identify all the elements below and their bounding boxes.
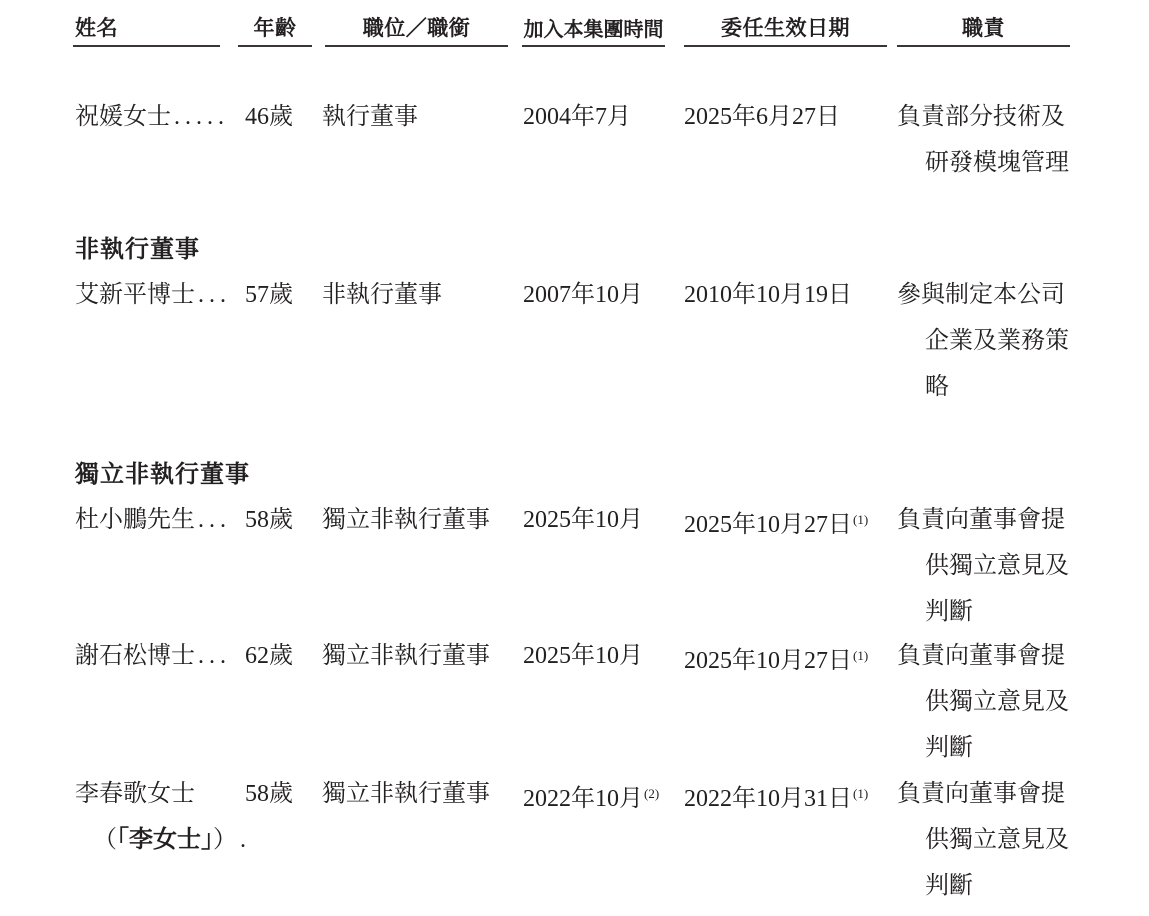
director-duties: 負責向董事會提 供獨立意見及 判斷 (897, 497, 1103, 635)
director-name-line2: （「李女士」）. (75, 817, 253, 863)
director-effective: 2010年10月19日 (684, 272, 896, 318)
director-joined: 2007年10月 (523, 272, 685, 318)
header-name: 姓名 (73, 14, 220, 47)
director-position: 執行董事 (322, 94, 514, 140)
header-age: 年齡 (238, 14, 312, 47)
dot-leader: ... (198, 282, 231, 308)
director-name: 謝石松博士... (75, 633, 253, 679)
director-age: 58歲 (245, 497, 325, 543)
director-position: 獨立非執行董事 (322, 497, 514, 543)
director-name: 祝媛女士..... (75, 94, 253, 140)
footnote-marker: (2) (644, 786, 659, 801)
header-effective: 委任生效日期 (684, 14, 887, 47)
director-name: 李春歌女士 （「李女士」）. (75, 771, 253, 863)
dot-leader: . (240, 827, 251, 853)
director-effective: 2022年10月31日(1) (684, 771, 896, 822)
director-effective: 2025年10月27日(1) (684, 497, 896, 548)
director-joined: 2025年10月 (523, 633, 685, 679)
director-duties: 負責部分技術及 研發模塊管理 (897, 94, 1103, 186)
header-duties: 職責 (897, 14, 1070, 47)
header-joined: 加入本集團時間 (522, 14, 665, 47)
table-header-row: 姓名 年齡 職位／職銜 加入本集團時間 委任生效日期 職責 (0, 14, 1149, 49)
director-name: 艾新平博士... (75, 272, 253, 318)
defined-term-bold: 「李女士」 (117, 827, 213, 853)
directors-table-page: 姓名 年齡 職位／職銜 加入本集團時間 委任生效日期 職責 祝媛女士..... … (0, 0, 1149, 916)
director-position: 獨立非執行董事 (322, 633, 514, 679)
header-position: 職位／職銜 (325, 14, 508, 47)
director-age: 58歲 (245, 771, 325, 817)
footnote-marker: (1) (853, 512, 868, 527)
director-age: 62歲 (245, 633, 325, 679)
dot-leader: ... (198, 643, 231, 669)
director-name-line1: 李春歌女士 (75, 771, 253, 817)
director-name: 杜小鵬先生... (75, 497, 253, 543)
director-age: 46歲 (245, 94, 325, 140)
footnote-marker: (1) (853, 786, 868, 801)
dot-leader: ..... (174, 104, 229, 130)
director-effective: 2025年6月27日 (684, 94, 896, 140)
footnote-marker: (1) (853, 648, 868, 663)
director-position: 非執行董事 (322, 272, 514, 318)
director-duties: 負責向董事會提 供獨立意見及 判斷 (897, 633, 1103, 771)
director-age: 57歲 (245, 272, 325, 318)
director-joined: 2004年7月 (523, 94, 685, 140)
director-duties: 負責向董事會提 供獨立意見及 判斷 (897, 771, 1103, 909)
dot-leader: ... (198, 507, 231, 533)
director-position: 獨立非執行董事 (322, 771, 514, 817)
director-joined: 2025年10月 (523, 497, 685, 543)
section-heading-independent-non-executive: 獨立非執行董事 (75, 452, 250, 498)
director-joined: 2022年10月(2) (523, 771, 685, 822)
director-duties: 參與制定本公司 企業及業務策 略 (897, 272, 1103, 410)
director-effective: 2025年10月27日(1) (684, 633, 896, 684)
section-heading-non-executive: 非執行董事 (75, 227, 200, 273)
